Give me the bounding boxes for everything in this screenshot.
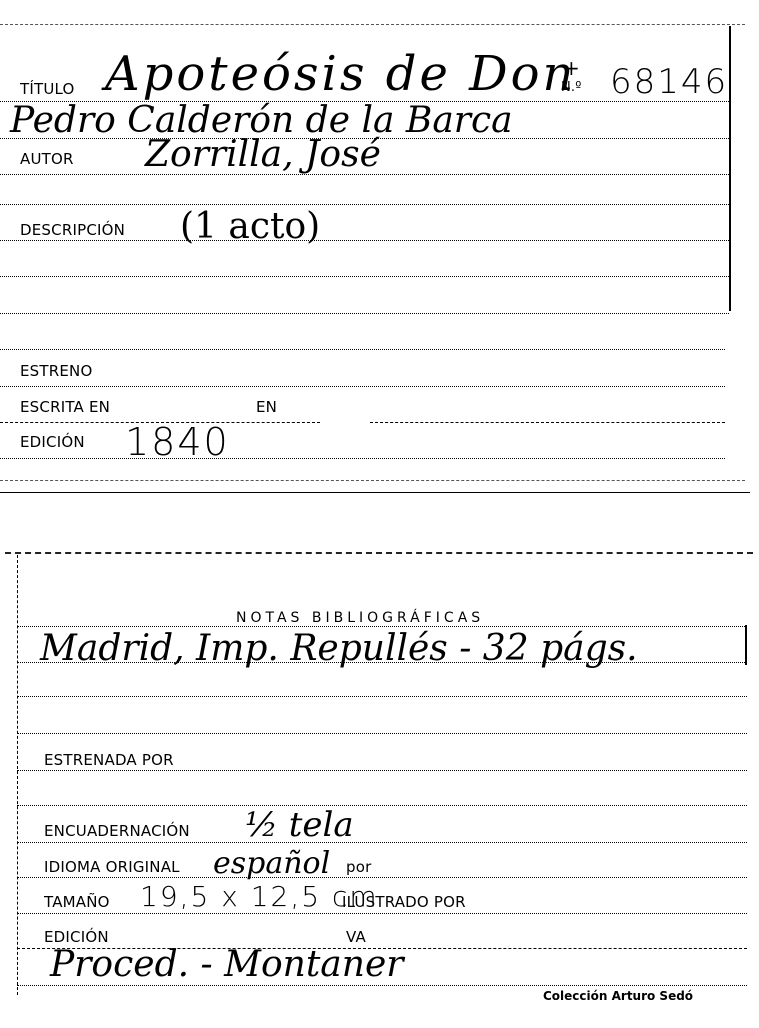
notas-rule-3 (17, 696, 747, 697)
encuadernacion-label: ENCUADERNACIÓN (44, 822, 190, 840)
idioma-original-rule (17, 877, 747, 878)
descripcion-rule (0, 240, 729, 241)
back-edicion-rule-2 (17, 985, 747, 986)
encuadernacion-rule (17, 842, 747, 843)
card-bottom-edge (0, 480, 745, 481)
collection-footer: Colección Arturo Sedó (543, 989, 693, 1003)
escrita-en-rule-right (370, 422, 725, 423)
idioma-original-value: español (213, 846, 330, 881)
numero-value: 68146 (610, 62, 728, 102)
blank-rule-4 (0, 349, 725, 350)
back-left-border (17, 555, 18, 995)
card-right-border (729, 26, 731, 311)
escrita-en-en-label: EN (256, 398, 277, 416)
autor-value: Zorrilla, José (145, 134, 381, 175)
notas-rule-4 (17, 733, 747, 734)
blank-rule-2 (0, 276, 729, 277)
idioma-por-label: por (346, 858, 371, 876)
blank-rule-1 (0, 204, 729, 205)
estreno-label: ESTRENO (20, 362, 93, 380)
tamano-label: TAMAÑO (44, 893, 110, 911)
numero-label: N.º (561, 80, 582, 95)
encuadernacion-value: ½ tela (245, 805, 354, 845)
notas-rule-1 (17, 626, 747, 627)
notas-rule-2 (17, 662, 747, 663)
tamano-rule (17, 913, 747, 914)
notas-title: NOTAS BIBLIOGRÁFICAS (236, 610, 484, 626)
card-top-edge (0, 24, 745, 25)
card-separator (0, 492, 750, 493)
ilustrado-por-label: ILUSTRADO POR (342, 893, 466, 911)
blank-rule-3 (0, 313, 729, 314)
back-top-edge (5, 552, 753, 554)
edicion-label: EDICIÓN (20, 433, 85, 451)
edicion-rule (0, 458, 725, 459)
descripcion-label: DESCRIPCIÓN (20, 221, 125, 239)
estreno-rule (0, 386, 725, 387)
back-edicion-value: Proced. - Montaner (50, 944, 403, 985)
estrenada-por-rule (17, 770, 747, 771)
titulo-label: TÍTULO (20, 80, 75, 98)
escrita-en-label: ESCRITA EN (20, 398, 110, 416)
titulo-value-line1: Apoteósis de Don (105, 46, 576, 102)
cross-mark-icon: + (563, 58, 580, 78)
autor-label: AUTOR (20, 150, 74, 168)
idioma-original-label: IDIOMA ORIGINAL (44, 858, 180, 876)
blank-rule-5 (17, 805, 747, 806)
estrenada-por-label: ESTRENADA POR (44, 751, 174, 769)
back-right-border (745, 625, 747, 665)
autor-rule (0, 174, 729, 175)
